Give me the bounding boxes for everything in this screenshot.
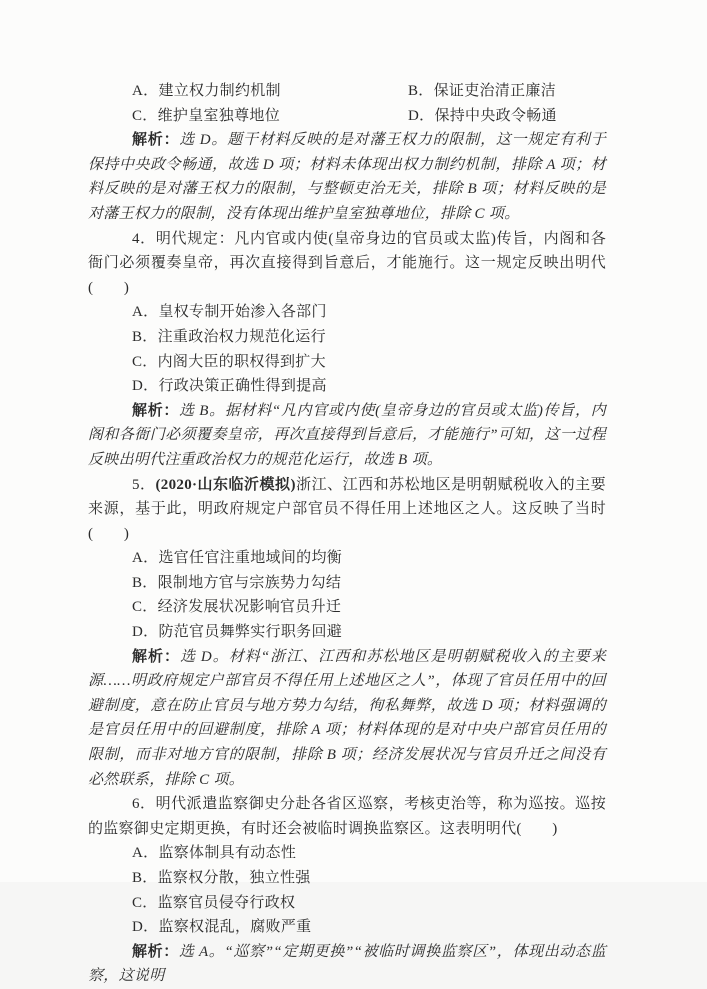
question-5-stem: 5．(2020·山东临沂模拟)浙江、江西和苏松地区是明朝赋税收入的主要来源，基于…	[88, 473, 606, 547]
question-4-option-b: B．注重政治权力规范化运行	[88, 325, 606, 350]
option-b-text: 限制地方官与宗族势力勾结	[158, 575, 342, 591]
option-c-text: 维护皇室独尊地位	[158, 108, 280, 124]
option-a-label: A．	[132, 845, 158, 861]
question-4: 4．明代规定：凡内官或内使(皇帝身边的官员或太监)传旨，内阁和各衙门必须覆奏皇帝…	[88, 227, 606, 473]
question-3-option-d: D．保持中央政令畅通	[408, 104, 606, 129]
option-b-text: 注重政治权力规范化运行	[158, 329, 326, 345]
document-page: A．建立权力制约机制 B．保证吏治清正廉洁 C．维护皇室独尊地位 D．保持中央政…	[0, 0, 707, 882]
question-3-analysis: 解析：选 D。题干材料反映的是对藩王权力的限制，这一规定有利于保持中央政令畅通，…	[88, 128, 606, 226]
option-b-label: B．	[408, 83, 434, 99]
question-number: 5．	[132, 477, 156, 493]
option-a-label: A．	[132, 550, 158, 566]
question-5-option-c: C．经济发展状况影响官员升迁	[88, 595, 606, 620]
option-b-label: B．	[132, 575, 158, 591]
option-a-text: 皇权专制开始渗入各部门	[158, 304, 326, 320]
question-4-option-a: A．皇权专制开始渗入各部门	[88, 300, 606, 325]
option-c-label: C．	[132, 354, 158, 370]
option-a-text: 选官任官注重地域间的均衡	[158, 550, 342, 566]
option-a-label: A．	[132, 304, 158, 320]
exam-content: A．建立权力制约机制 B．保证吏治清正廉洁 C．维护皇室独尊地位 D．保持中央政…	[88, 79, 606, 882]
analysis-label: 解析：	[132, 403, 179, 419]
option-d-label: D．	[132, 624, 158, 640]
question-5-analysis: 解析：选 D。材料“浙江、江西和苏松地区是明朝赋税收入的主要来源……明政府规定户…	[88, 645, 606, 793]
question-3-option-b: B．保证吏治清正廉洁	[408, 79, 606, 104]
question-6-option-b: B．监察权分散，独立性强	[88, 866, 606, 882]
option-b-label: B．	[132, 329, 158, 345]
question-source-tag: (2020·山东临沂模拟)	[156, 477, 296, 493]
question-text: 明代规定：凡内官或内使(皇帝身边的官员或太监)传旨，内阁和各衙门必须覆奏皇帝，再…	[88, 231, 606, 296]
analysis-label: 解析：	[132, 649, 180, 665]
option-b-text: 保证吏治清正廉洁	[434, 83, 556, 99]
question-3-option-c: C．维护皇室独尊地位	[132, 104, 408, 129]
question-4-stem: 4．明代规定：凡内官或内使(皇帝身边的官员或太监)传旨，内阁和各衙门必须覆奏皇帝…	[88, 227, 606, 301]
question-3-option-a: A．建立权力制约机制	[132, 79, 408, 104]
option-c-text: 经济发展状况影响官员升迁	[158, 599, 342, 615]
option-c-text: 内阁大臣的职权得到扩大	[158, 354, 326, 370]
question-5-option-b: B．限制地方官与宗族势力勾结	[88, 571, 606, 596]
question-number: 6．	[132, 796, 156, 812]
question-6: 6．明代派遣监察御史分赴各省区巡察，考核吏治等，称为巡按。巡按的监察御史定期更换…	[88, 792, 606, 882]
question-4-option-d: D．行政决策正确性得到提高	[88, 374, 606, 399]
question-5-option-d: D．防范官员舞弊实行职务回避	[88, 620, 606, 645]
option-b-label: B．	[132, 870, 158, 882]
question-5: 5．(2020·山东临沂模拟)浙江、江西和苏松地区是明朝赋税收入的主要来源，基于…	[88, 473, 606, 793]
question-text: 明代派遣监察御史分赴各省区巡察，考核吏治等，称为巡按。巡按的监察御史定期更换，有…	[88, 796, 606, 837]
option-d-label: D．	[408, 108, 434, 124]
question-6-stem: 6．明代派遣监察御史分赴各省区巡察，考核吏治等，称为巡按。巡按的监察御史定期更换…	[88, 792, 606, 841]
question-3-partial: A．建立权力制约机制 B．保证吏治清正廉洁 C．维护皇室独尊地位 D．保持中央政…	[88, 79, 606, 227]
option-b-text: 监察权分散，独立性强	[158, 870, 311, 882]
question-3-options: A．建立权力制约机制 B．保证吏治清正廉洁 C．维护皇室独尊地位 D．保持中央政…	[88, 79, 606, 128]
analysis-text: 选 D。材料“浙江、江西和苏松地区是明朝赋税收入的主要来源……明政府规定户部官员…	[88, 649, 606, 788]
question-5-option-a: A．选官任官注重地域间的均衡	[88, 546, 606, 571]
option-c-label: C．	[132, 108, 158, 124]
option-a-label: A．	[132, 83, 158, 99]
option-c-label: C．	[132, 599, 158, 615]
question-number: 4．	[132, 231, 156, 247]
option-a-text: 建立权力制约机制	[158, 83, 280, 99]
option-d-text: 保持中央政令畅通	[434, 108, 556, 124]
analysis-label: 解析：	[132, 132, 179, 148]
option-a-text: 监察体制具有动态性	[158, 845, 296, 861]
question-6-option-a: A．监察体制具有动态性	[88, 841, 606, 866]
option-d-text: 防范官员舞弊实行职务回避	[158, 624, 342, 640]
question-4-option-c: C．内阁大臣的职权得到扩大	[88, 350, 606, 375]
question-4-analysis: 解析：选 B。据材料“凡内官或内使(皇帝身边的官员或太监)传旨，内阁和各衙门必须…	[88, 399, 606, 473]
option-d-text: 行政决策正确性得到提高	[158, 378, 326, 394]
option-d-label: D．	[132, 378, 158, 394]
